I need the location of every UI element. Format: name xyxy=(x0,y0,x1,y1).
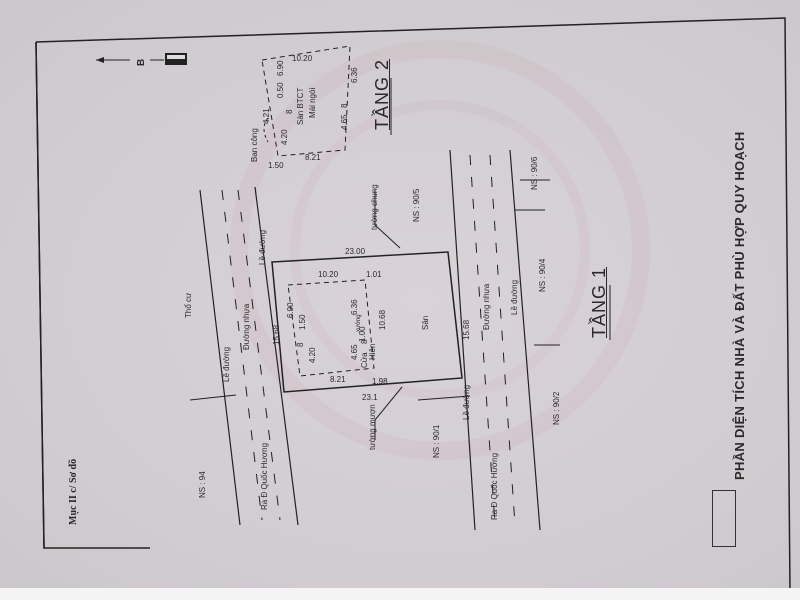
house-mark-a: 8 xyxy=(296,343,305,347)
north-label: B xyxy=(136,59,147,66)
lower-lane-edge-1: Lề đường xyxy=(462,385,471,420)
lower-road-label: Đường nhựa xyxy=(482,284,491,330)
house-dim-top: 10.20 xyxy=(318,270,338,279)
lower-road-direction: Ra Đ Quốc Hương xyxy=(490,453,499,520)
shared-wall-label: tường chung xyxy=(370,184,379,230)
floor2-label-roof: Mái ngói xyxy=(308,88,317,118)
site-plan-drawing xyxy=(0,0,800,600)
floor2-title: TẦNG 2 xyxy=(372,59,393,130)
house-dim-right-b: 4.65 xyxy=(350,344,359,360)
house-offset-1: 1.01 xyxy=(366,270,382,279)
house-mark-b: 8 xyxy=(360,340,369,344)
floor2-dim-left-d: 4.20 xyxy=(280,129,289,145)
lower-lane-edge-2: Lề đường xyxy=(510,280,519,315)
floor2-dim-corner: 1.50 xyxy=(268,161,284,170)
floor1-title: TẦNG 1 xyxy=(589,267,610,338)
neighbor-ns90-6: NS : 90/6 xyxy=(530,157,539,190)
floor2-dim-left-c: 4.21 xyxy=(262,108,271,124)
floor2-dim-left-a: 6.90 xyxy=(276,60,285,76)
floor2-mark-a: 8 xyxy=(285,110,294,114)
borrowed-wall-label: tường mượn xyxy=(368,404,377,450)
house-dim-side-b: 4.20 xyxy=(308,347,317,363)
neighbor-ns90-5: NS : 90/5 xyxy=(412,189,421,222)
document-page: Mục II c/ Sơ đồ B TẦNG 2 10.20 Sàn BTCT … xyxy=(0,0,800,600)
lot-depth-left: 15.68 xyxy=(272,325,281,345)
balcony-label: Ban công xyxy=(250,128,259,162)
neighbor-ns90-1: NS : 90/1 xyxy=(432,425,441,458)
lot-back-dim: 23.1 xyxy=(362,393,378,402)
neighbor-ns94: NS : 94 xyxy=(198,471,207,498)
house-dim-side-a: 6.90 xyxy=(286,302,295,318)
house-offset-4: 1.50 xyxy=(298,314,307,330)
house-note-b: Hiên xyxy=(368,344,377,360)
footer-legend-text: PHẦN DIỆN TÍCH NHÀ VÀ ĐẤT PHÙ HỢP QUY HO… xyxy=(732,131,747,480)
legend-checkbox xyxy=(712,490,736,547)
section-label: Mục II c/ Sơ đồ xyxy=(68,459,79,525)
neighbor-ns90-4: NS : 90/4 xyxy=(538,259,547,292)
floor2-dim-top: 10.20 xyxy=(292,54,312,63)
floor2-mark-b: 8 xyxy=(340,104,349,108)
floor2-dim-bottom: 8.21 xyxy=(305,153,321,162)
lot-depth-right: 15.68 xyxy=(462,320,471,340)
floor2-dim-right-a: 6.36 xyxy=(350,67,359,83)
neighbor-ns90-2: NS : 90/2 xyxy=(552,392,561,425)
lot-front-dim: 23.00 xyxy=(345,247,365,256)
floor2-dim-left-b: 0.50 xyxy=(276,82,285,98)
upper-road-label: Đường nhựa xyxy=(242,304,251,350)
floor2-label-floor: Sàn BTCT xyxy=(296,88,305,125)
floor2-dim-right-b: 4.65 xyxy=(340,114,349,130)
upper-road-direction: Ra Đ Quốc Hương xyxy=(260,443,269,510)
upper-lane-edge-1: Lề đường xyxy=(222,347,231,382)
page-edge xyxy=(0,588,800,600)
upper-lane-edge-2: Lề đường xyxy=(258,230,267,265)
house-dim-right-total: 10.68 xyxy=(378,310,387,330)
house-dim-right-a: 6.36 xyxy=(350,299,359,315)
house-dim-bottom: 8.21 xyxy=(330,375,346,384)
residential-label: Thổ cư xyxy=(184,293,193,318)
house-offset-3: 1.98 xyxy=(372,377,388,386)
yard-label: Sân xyxy=(421,316,430,330)
